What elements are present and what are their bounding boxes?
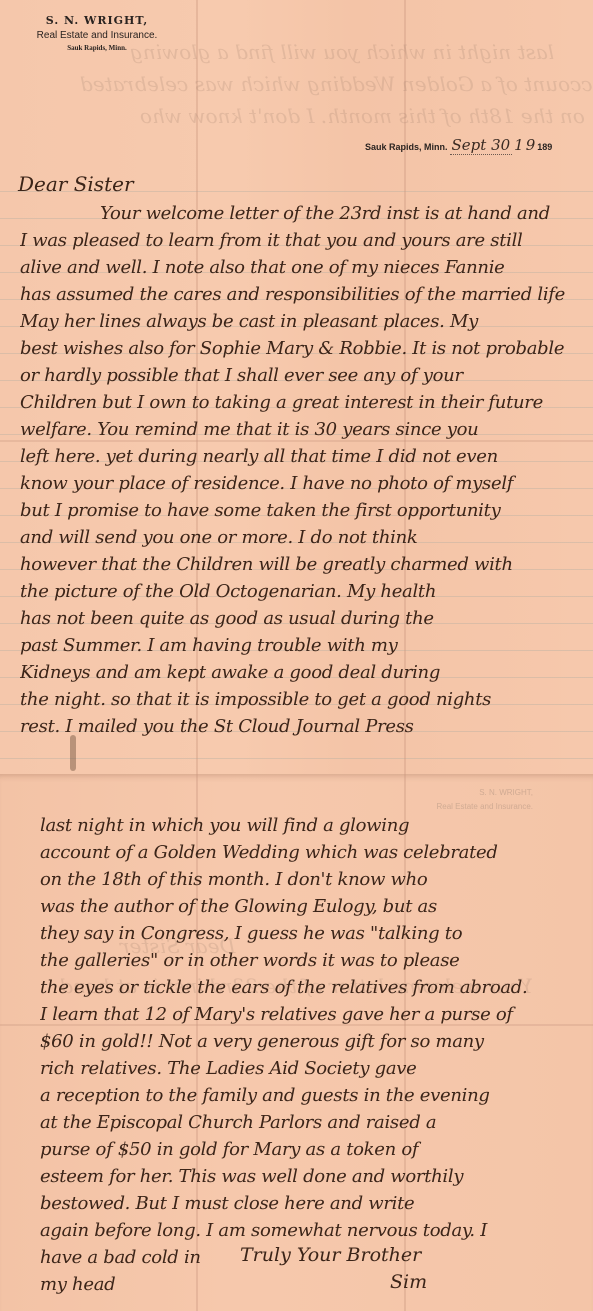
body-line: a reception to the family and guests in … <box>40 1082 583 1109</box>
body-line: account of a Golden Wedding which was ce… <box>40 839 583 866</box>
body-line: or hardly possible that I shall ever see… <box>20 362 583 389</box>
body-line: Your welcome letter of the 23rd inst is … <box>20 200 583 227</box>
body-line: I was pleased to learn from it that you … <box>20 227 583 254</box>
letter-page-2: S. N. WRIGHT, Real Estate and Insurance.… <box>0 774 593 1311</box>
letter-body-page-2: last night in which you will find a glow… <box>40 812 583 1298</box>
dateline-year-hand: 9 <box>526 136 536 154</box>
body-line: welfare. You remind me that it is 30 yea… <box>20 416 583 443</box>
greeting: Dear Sister <box>18 172 134 196</box>
show-through-writing: account of a Golden Wedding which was ce… <box>80 72 593 96</box>
body-line: the night. so that it is impossible to g… <box>20 686 583 713</box>
closing: Truly Your Brother <box>240 1244 421 1266</box>
dateline-year-print: 189 <box>537 142 552 152</box>
body-line: rest. I mailed you the St Cloud Journal … <box>20 713 583 740</box>
body-line: $60 in gold!! Not a very generous gift f… <box>40 1028 583 1055</box>
dateline-place: Sauk Rapids, Minn. <box>365 142 448 152</box>
body-line: Children but I own to taking a great int… <box>20 389 583 416</box>
body-line: and will send you one or more. I do not … <box>20 524 583 551</box>
body-line: I learn that 12 of Mary's relatives gave… <box>40 1001 583 1028</box>
body-line: again before long. I am somewhat nervous… <box>40 1217 583 1244</box>
dateline-date: Sept 30 <box>450 136 513 155</box>
show-through-writing: last night in which you will find a glow… <box>130 40 554 64</box>
letterhead-name: S. N. WRIGHT, <box>22 14 172 27</box>
postscript-end: my head <box>40 1271 210 1298</box>
body-line: rich relatives. The Ladies Aid Society g… <box>40 1055 583 1082</box>
letter-page-1: last night in which you will find a glow… <box>0 0 593 774</box>
letterhead-city: Sauk Rapids, Minn. <box>22 44 172 52</box>
body-line: on the 18th of this month. I don't know … <box>40 866 583 893</box>
body-line: has not been quite as good as usual duri… <box>20 605 583 632</box>
body-line: purse of $50 in gold for Mary as a token… <box>40 1136 583 1163</box>
show-through-writing: on the 18th of this month. I don't know … <box>140 104 585 128</box>
letterhead: S. N. WRIGHT, Real Estate and Insurance.… <box>22 14 172 52</box>
body-line: best wishes also for Sophie Mary & Robbi… <box>20 335 583 362</box>
ink-stain <box>70 735 76 771</box>
ghost-letterhead-name: S. N. WRIGHT, <box>436 786 533 800</box>
body-line: esteem for her. This was well done and w… <box>40 1163 583 1190</box>
body-line: the eyes or tickle the ears of the relat… <box>40 974 583 1001</box>
body-line: at the Episcopal Church Parlors and rais… <box>40 1109 583 1136</box>
dateline-year-prefix: 1 <box>514 136 524 154</box>
body-line: bestowed. But I must close here and writ… <box>40 1190 583 1217</box>
body-line: the picture of the Old Octogenarian. My … <box>20 578 583 605</box>
show-through-letterhead: S. N. WRIGHT, Real Estate and Insurance. <box>436 786 533 814</box>
body-line: Kidneys and am kept awake a good deal du… <box>20 659 583 686</box>
body-line: past Summer. I am having trouble with my <box>20 632 583 659</box>
body-line: but I promise to have some taken the fir… <box>20 497 583 524</box>
body-line: the galleries" or in other words it was … <box>40 947 583 974</box>
letter-body-page-1: Your welcome letter of the 23rd inst is … <box>20 200 583 740</box>
body-line: alive and well. I note also that one of … <box>20 254 583 281</box>
signature: Sim <box>390 1271 427 1293</box>
body-line: however that the Children will be greatl… <box>20 551 583 578</box>
body-line: has assumed the cares and responsibiliti… <box>20 281 583 308</box>
dateline: Sauk Rapids, Minn. Sept 30 1 9 189 <box>365 136 552 155</box>
body-line: left here. yet during nearly all that ti… <box>20 443 583 470</box>
body-line: they say in Congress, I guess he was "ta… <box>40 920 583 947</box>
body-line: know your place of residence. I have no … <box>20 470 583 497</box>
body-line: last night in which you will find a glow… <box>40 812 583 839</box>
body-line: was the author of the Glowing Eulogy, bu… <box>40 893 583 920</box>
body-line: have a bad cold in <box>40 1244 210 1271</box>
body-line: May her lines always be cast in pleasant… <box>20 308 583 335</box>
letterhead-business: Real Estate and Insurance. <box>22 30 172 41</box>
